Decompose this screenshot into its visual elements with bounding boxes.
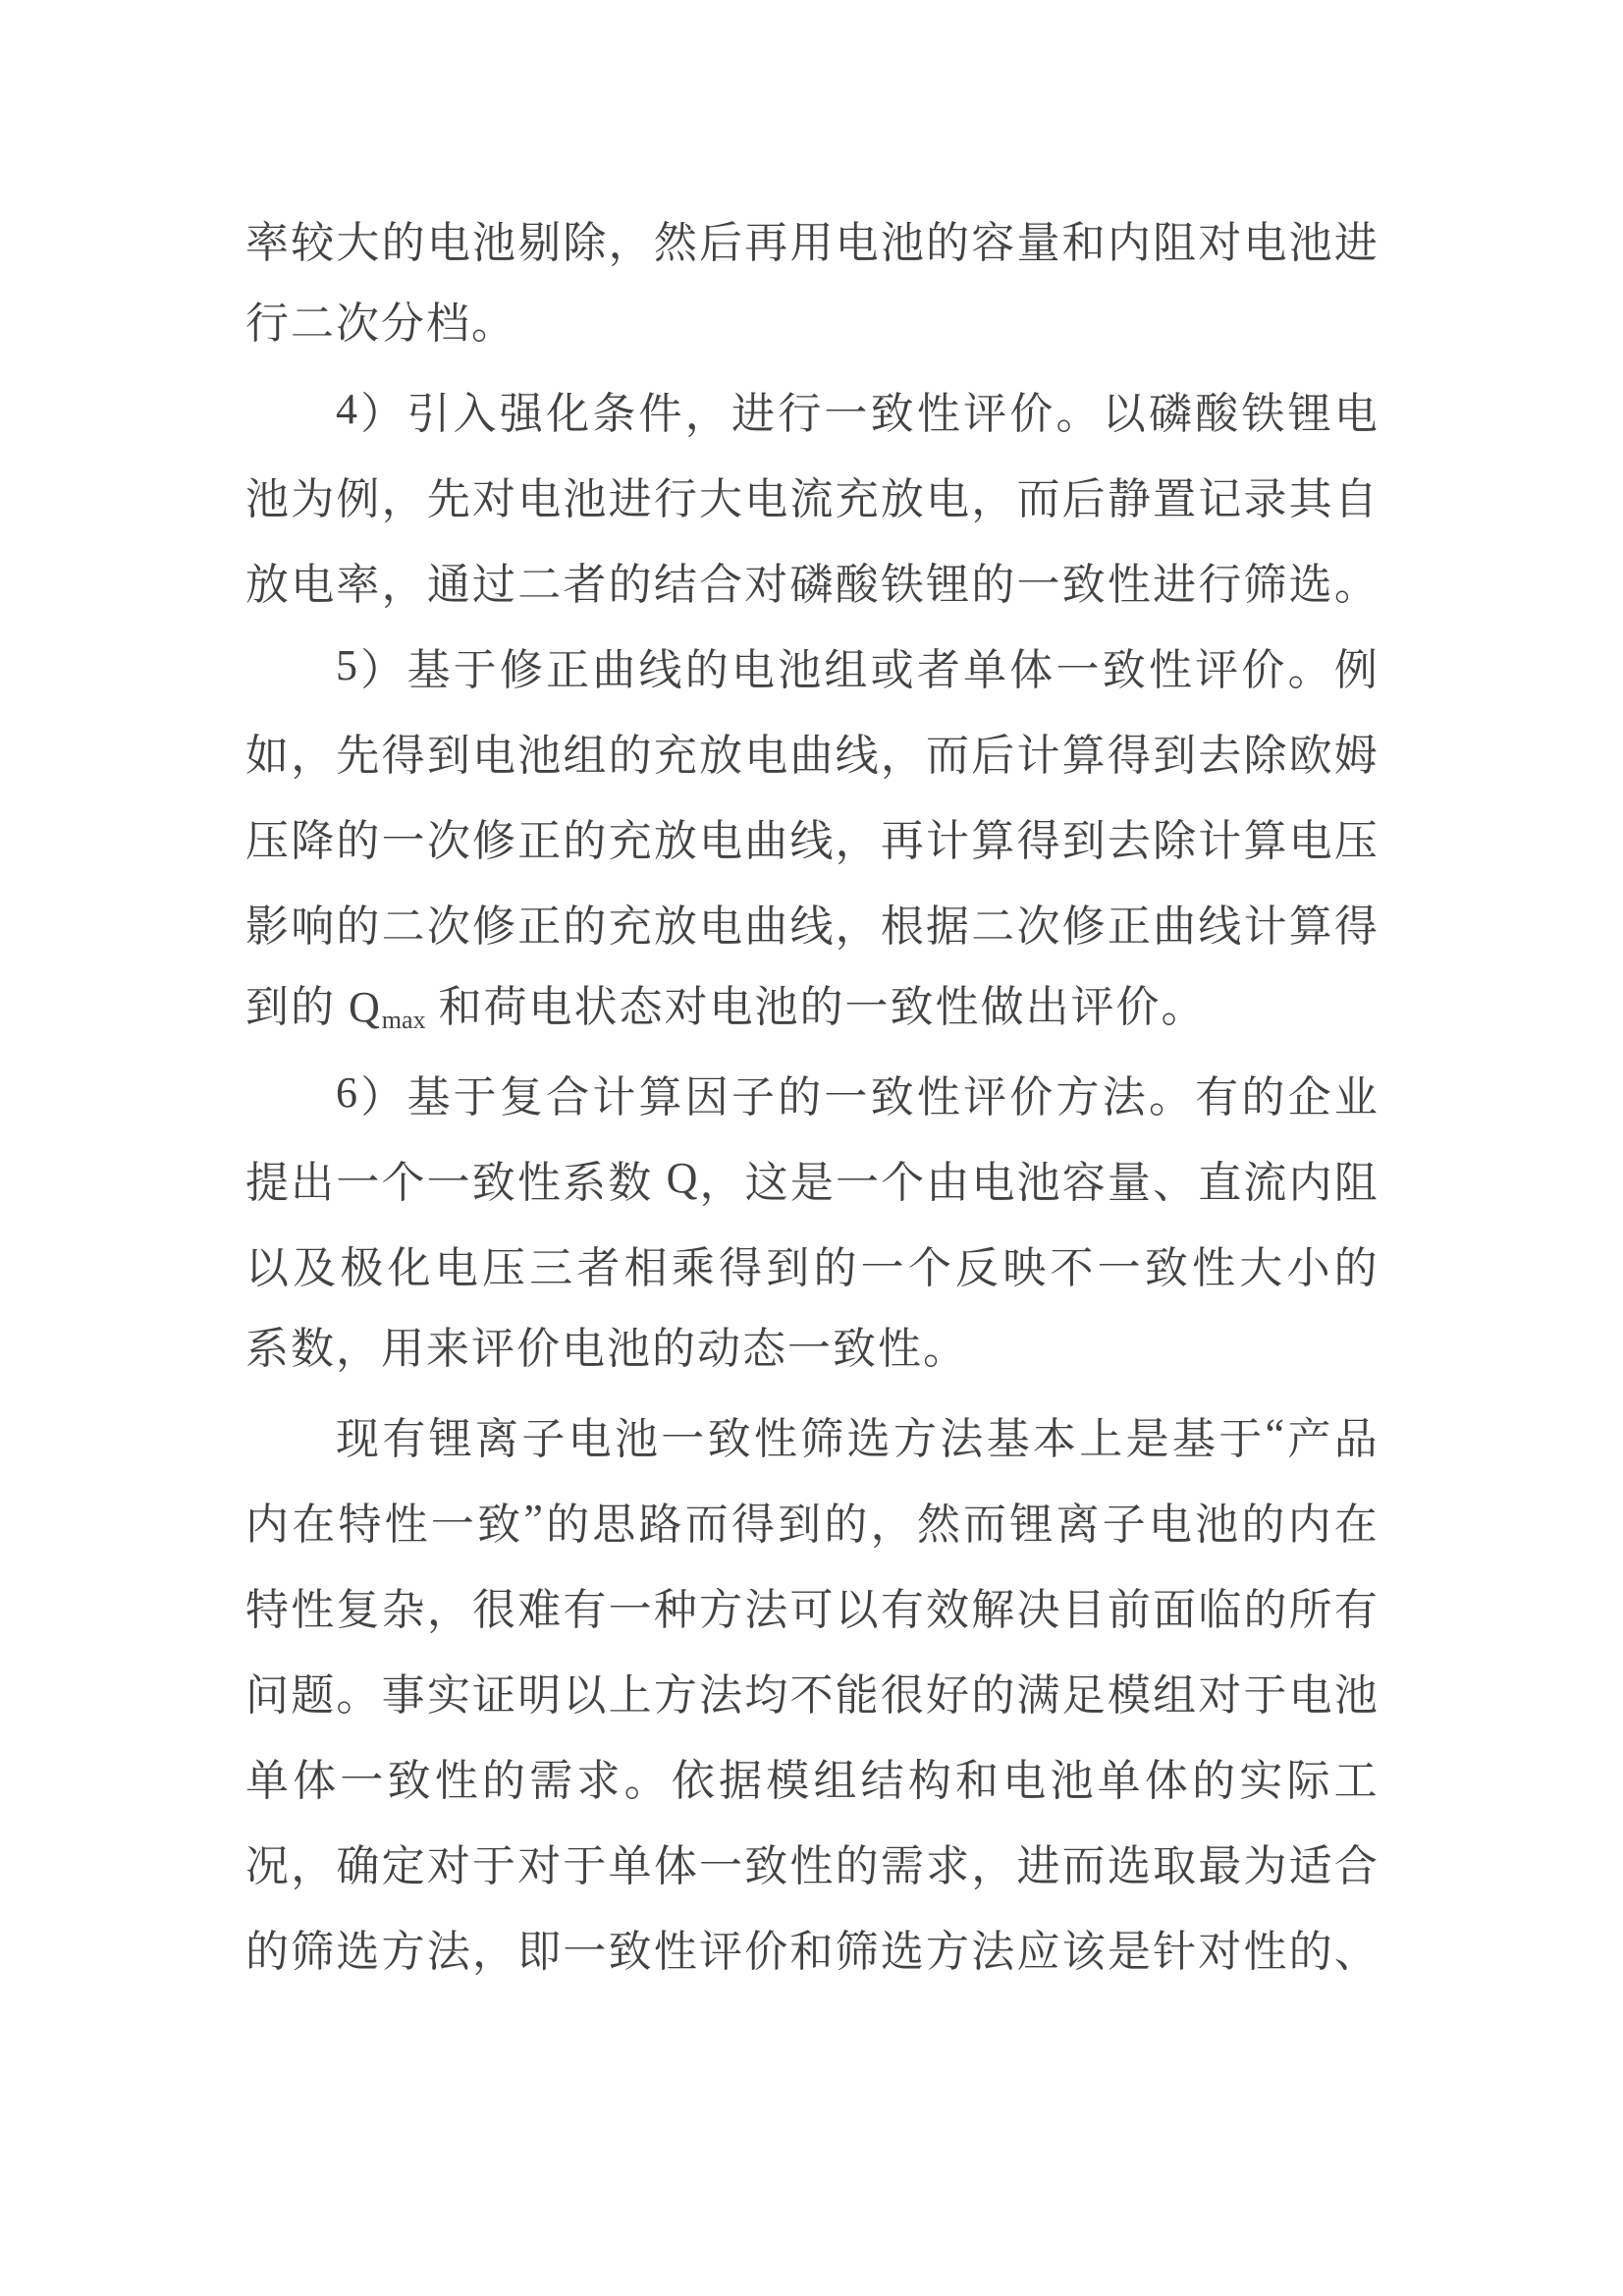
text-line: 以及极化电压三者相乘得到的一个反映不一致性大小的	[245, 1221, 1378, 1306]
text-line: 特性复杂，很难有一种方法可以有效解决目前面临的所有	[245, 1562, 1378, 1648]
text-line: 提出一个一致性系数 Q，这是一个由电池容量、直流内阻	[245, 1135, 1378, 1221]
text-line: 池为例，先对电池进行大电流充放电，而后静置记录其自	[245, 452, 1378, 537]
text-line: 的筛选方法，即一致性评价和筛选方法应该是针对性的、	[245, 1904, 1378, 1990]
text-line: 行二次分档。	[245, 281, 1378, 366]
text-block: 率较大的电池剔除，然后再用电池的容量和内阻对电池进行二次分档。4）引入强化条件，…	[245, 195, 1378, 1990]
text-line: 率较大的电池剔除，然后再用电池的容量和内阻对电池进	[245, 195, 1378, 281]
text-line: 到的 Qmax 和荷电状态对电池的一致性做出评价。	[245, 964, 1378, 1050]
text-line: 现有锂离子电池一致性筛选方法基本上是基于“产品	[245, 1392, 1378, 1477]
text-line: 6）基于复合计算因子的一致性评价方法。有的企业	[245, 1050, 1378, 1135]
text-line: 4）引入强化条件，进行一致性评价。以磷酸铁锂电	[245, 366, 1378, 452]
text-line: 系数，用来评价电池的动态一致性。	[245, 1306, 1378, 1392]
text-line: 单体一致性的需求。依据模组结构和电池单体的实际工	[245, 1733, 1378, 1819]
text-line: 内在特性一致”的思路而得到的，然而锂离子电池的内在	[245, 1477, 1378, 1562]
text-line: 如，先得到电池组的充放电曲线，而后计算得到去除欧姆	[245, 708, 1378, 793]
text-line: 5）基于修正曲线的电池组或者单体一致性评价。例	[245, 623, 1378, 708]
text-line: 问题。事实证明以上方法均不能很好的满足模组对于电池	[245, 1648, 1378, 1733]
document-page: 率较大的电池剔除，然后再用电池的容量和内阻对电池进行二次分档。4）引入强化条件，…	[0, 0, 1623, 2296]
text-line: 况，确定对于对于单体一致性的需求，进而选取最为适合	[245, 1819, 1378, 1904]
text-line: 影响的二次修正的充放电曲线，根据二次修正曲线计算得	[245, 879, 1378, 964]
text-line: 放电率，通过二者的结合对磷酸铁锂的一致性进行筛选。	[245, 537, 1378, 623]
text-line: 压降的一次修正的充放电曲线，再计算得到去除计算电压	[245, 793, 1378, 879]
